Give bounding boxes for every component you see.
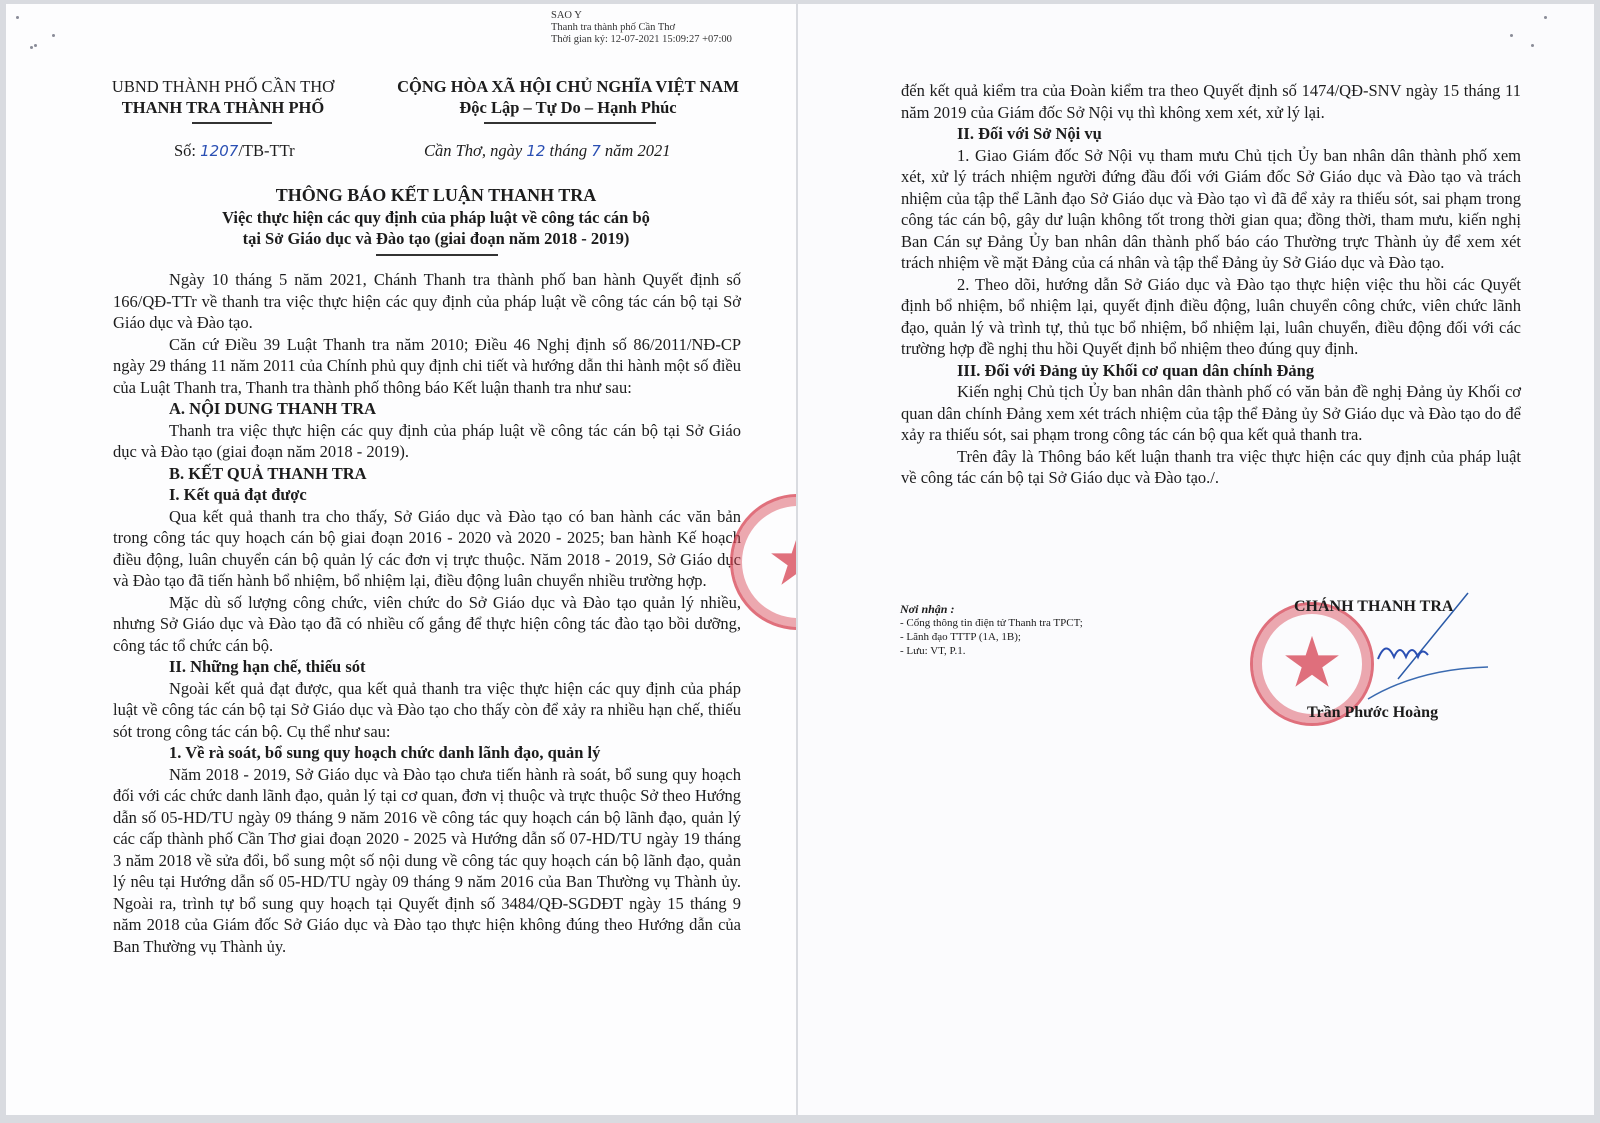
- scan-speck: [16, 16, 19, 19]
- item-1-heading: 1. Về rà soát, bổ sung quy hoạch chức da…: [113, 742, 741, 764]
- recipient-item: - Cổng thông tin điện tử Thanh tra TPCT;: [900, 616, 1083, 630]
- seal-star-icon: ★: [767, 526, 796, 596]
- year-label: năm 2021: [601, 141, 671, 160]
- intro-paragraph-1: Ngày 10 tháng 5 năm 2021, Chánh Thanh tr…: [113, 269, 741, 334]
- scan-speck: [52, 34, 55, 37]
- section-a-heading: A. NỘI DUNG THANH TRA: [113, 398, 741, 420]
- section-iii-heading: III. Đối với Đảng ủy Khối cơ quan dân ch…: [901, 360, 1521, 382]
- doc-number-label: Số:: [174, 141, 200, 160]
- right-page-body: đến kết quả kiểm tra của Đoàn kiểm tra t…: [901, 80, 1521, 489]
- recipients-label: Nơi nhận :: [900, 602, 1083, 616]
- agency-underline: [192, 122, 272, 124]
- copy-stamp-issuer: Thanh tra thành phố Cần Thơ: [551, 22, 732, 34]
- national-motto: Độc Lập – Tự Do – Hạnh Phúc: [368, 97, 768, 118]
- doc-number-suffix: /TB-TTr: [238, 141, 294, 160]
- agency-name: THANH TRA THÀNH PHỐ: [98, 97, 348, 118]
- agency-parent: UBND THÀNH PHỐ CẦN THƠ: [98, 76, 348, 97]
- place-date-prefix: Cần Thơ, ngày: [424, 141, 526, 160]
- section-ii-heading: II. Đối với Sở Nội vụ: [901, 123, 1521, 145]
- title-main: THÔNG BÁO KẾT LUẬN THANH TRA: [156, 184, 716, 207]
- digital-copy-stamp: SAO Y Thanh tra thành phố Cần Thơ Thời g…: [551, 10, 732, 46]
- month-handwritten: 7: [591, 142, 601, 160]
- left-page-body: Ngày 10 tháng 5 năm 2021, Chánh Thanh tr…: [113, 269, 741, 957]
- recipient-item: - Lưu: VT, P.1.: [900, 644, 1083, 658]
- closing-paragraph: Trên đây là Thông báo kết luận thanh tra…: [901, 446, 1521, 489]
- recipients-block: Nơi nhận : - Cổng thông tin điện tử Than…: [900, 602, 1083, 658]
- title-underline: [376, 254, 498, 256]
- document-page-2: đến kết quả kiểm tra của Đoàn kiểm tra t…: [798, 4, 1594, 1115]
- section-a-text: Thanh tra việc thực hiện các quy định củ…: [113, 420, 741, 463]
- intro-paragraph-2: Căn cứ Điều 39 Luật Thanh tra năm 2010; …: [113, 334, 741, 399]
- seal-star-icon: ★: [1281, 628, 1344, 698]
- doc-number-handwritten: 1207: [200, 142, 238, 160]
- continuation-paragraph: đến kết quả kiểm tra của Đoàn kiểm tra t…: [901, 80, 1521, 123]
- recipient-item: - Lãnh đạo TTTP (1A, 1B);: [900, 630, 1083, 644]
- section-ii-paragraph-1: 1. Giao Giám đốc Sở Nội vụ tham mưu Chủ …: [901, 145, 1521, 274]
- section-ii-paragraph-2: 2. Theo dõi, hướng dẫn Sở Giáo dục và Đà…: [901, 274, 1521, 360]
- nation-name: CỘNG HÒA XÃ HỘI CHỦ NGHĨA VIỆT NAM: [368, 76, 768, 97]
- document-title: THÔNG BÁO KẾT LUẬN THANH TRA Việc thực h…: [156, 184, 716, 249]
- scan-speck: [34, 44, 37, 47]
- handwritten-signature-icon: [1338, 589, 1488, 719]
- section-iii-paragraph: Kiến nghị Chủ tịch Ủy ban nhân dân thành…: [901, 381, 1521, 446]
- scan-speck: [1544, 16, 1547, 19]
- motto-underline: [484, 122, 656, 124]
- month-label: tháng: [545, 141, 591, 160]
- title-subject-line2: tại Sở Giáo dục và Đào tạo (giai đoạn nă…: [156, 228, 716, 249]
- nation-header: CỘNG HÒA XÃ HỘI CHỦ NGHĨA VIỆT NAM Độc L…: [368, 76, 768, 118]
- subsection-i-paragraph-1: Qua kết quả thanh tra cho thấy, Sở Giáo …: [113, 506, 741, 592]
- section-b-heading: B. KẾT QUẢ THANH TRA: [113, 463, 741, 485]
- scan-speck: [30, 46, 33, 49]
- subsection-ii-paragraph-1: Ngoài kết quả đạt được, qua kết quả than…: [113, 678, 741, 743]
- scan-speck: [1510, 34, 1513, 37]
- copy-stamp-timestamp: Thời gian ký: 12-07-2021 15:09:27 +07:00: [551, 34, 732, 46]
- day-handwritten: 12: [526, 142, 545, 160]
- document-page-1: SAO Y Thanh tra thành phố Cần Thơ Thời g…: [6, 4, 796, 1115]
- document-number: Số: 1207/TB-TTr: [174, 141, 295, 161]
- item-1-paragraph: Năm 2018 - 2019, Sở Giáo dục và Đào tạo …: [113, 764, 741, 958]
- subsection-ii-heading: II. Những hạn chế, thiếu sót: [113, 656, 741, 678]
- scan-speck: [1531, 44, 1534, 47]
- agency-header: UBND THÀNH PHỐ CẦN THƠ THANH TRA THÀNH P…: [98, 76, 348, 118]
- title-subject-line1: Việc thực hiện các quy định của pháp luậ…: [156, 207, 716, 228]
- subsection-i-paragraph-2: Mặc dù số lượng công chức, viên chức do …: [113, 592, 741, 657]
- copy-stamp-label: SAO Y: [551, 10, 732, 22]
- place-date: Cần Thơ, ngày 12 tháng 7 năm 2021: [424, 141, 670, 161]
- signer-name: Trần Phước Hoàng: [1307, 704, 1438, 722]
- subsection-i-heading: I. Kết quả đạt được: [113, 484, 741, 506]
